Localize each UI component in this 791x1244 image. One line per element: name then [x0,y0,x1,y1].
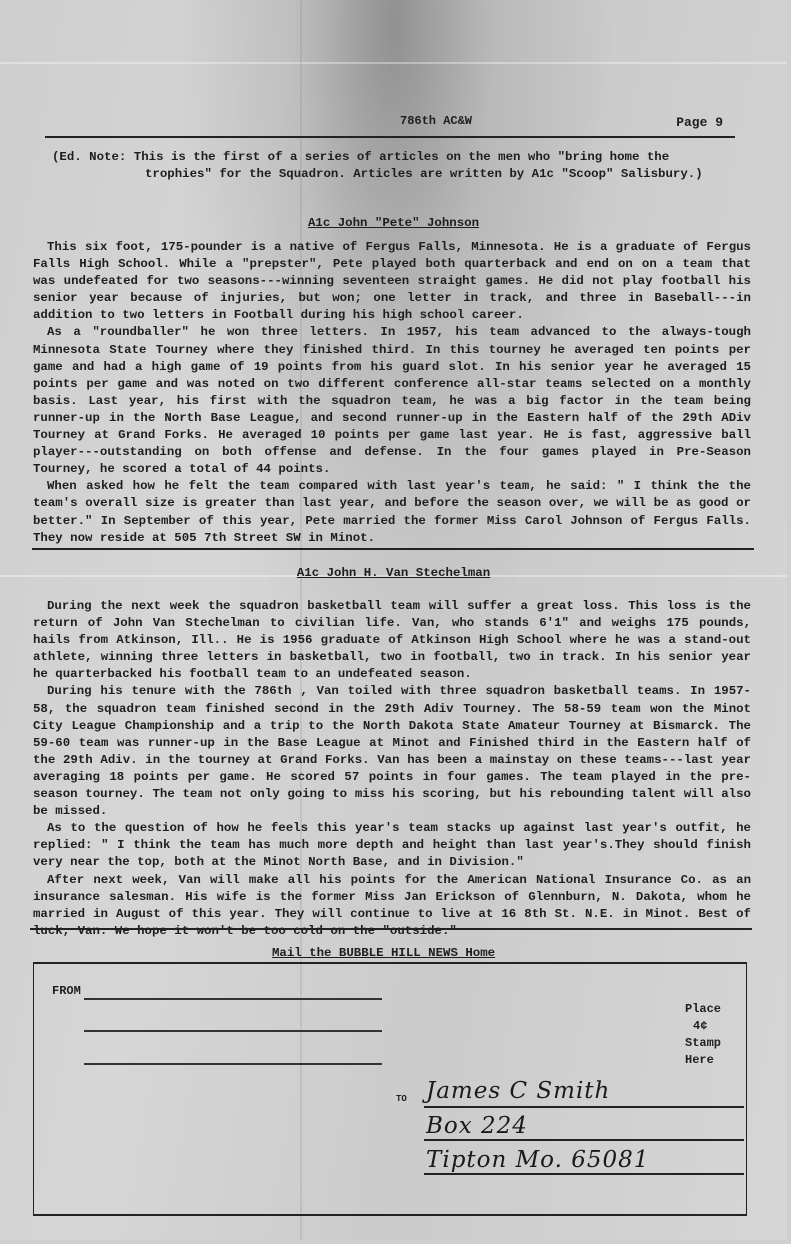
paper-crease [0,62,787,64]
article-2-body: During the next week the squadron basket… [33,598,751,940]
from-address-line-3[interactable] [84,1063,382,1065]
recipient-name: James C Smith [426,1078,610,1104]
article-2-title: A1c John H. Van Stechelman [0,566,787,580]
section-divider [30,928,752,930]
stamp-text: Place [685,1001,721,1018]
from-label: FROM [52,984,81,998]
mailing-label-box: FROM Place 4¢ Stamp Here TO James C Smit… [33,962,747,1216]
address-line-3[interactable] [424,1173,744,1175]
article-1-paragraph: As a "roundballer" he won three letters.… [33,324,751,478]
publication-title: 786th AC&W [400,114,472,128]
editor-note-line-1: (Ed. Note: This is the first of a series… [52,150,669,164]
recipient-city: Tipton Mo. 65081 [426,1147,649,1173]
mailer-title: Mail the BUBBLE HILL NEWS Home [272,946,495,960]
article-1-body: This six foot, 175-pounder is a native o… [33,239,751,547]
article-2-paragraph: As to the question of how he feels this … [33,820,751,871]
article-1-paragraph: When asked how he felt the team compared… [33,478,751,546]
article-1-title: A1c John "Pete" Johnson [0,216,787,230]
section-divider [32,548,754,550]
from-address-line-2[interactable] [84,1030,382,1032]
article-2-paragraph: During his tenure with the 786th , Van t… [33,683,751,820]
page-header: 786th AC&W Page 9 [45,114,735,138]
from-address-line-1[interactable] [84,998,382,1000]
to-label: TO [396,1094,407,1104]
newsletter-page: 786th AC&W Page 9 (Ed. Note: This is the… [0,0,787,1240]
address-line-1[interactable] [424,1106,744,1108]
article-1-paragraph: This six foot, 175-pounder is a native o… [33,239,751,324]
stamp-price: 4¢ [685,1018,721,1035]
editor-note-line-2: trophies" for the Squadron. Articles are… [52,166,742,183]
stamp-text: Here [685,1052,721,1069]
recipient-street: Box 224 [426,1113,528,1139]
page-number: Page 9 [676,115,723,130]
article-2-paragraph: During the next week the squadron basket… [33,598,751,683]
address-line-2[interactable] [424,1139,744,1141]
stamp-box: Place 4¢ Stamp Here [685,1001,721,1069]
stamp-text: Stamp [685,1035,721,1052]
editor-note: (Ed. Note: This is the first of a series… [52,149,742,183]
